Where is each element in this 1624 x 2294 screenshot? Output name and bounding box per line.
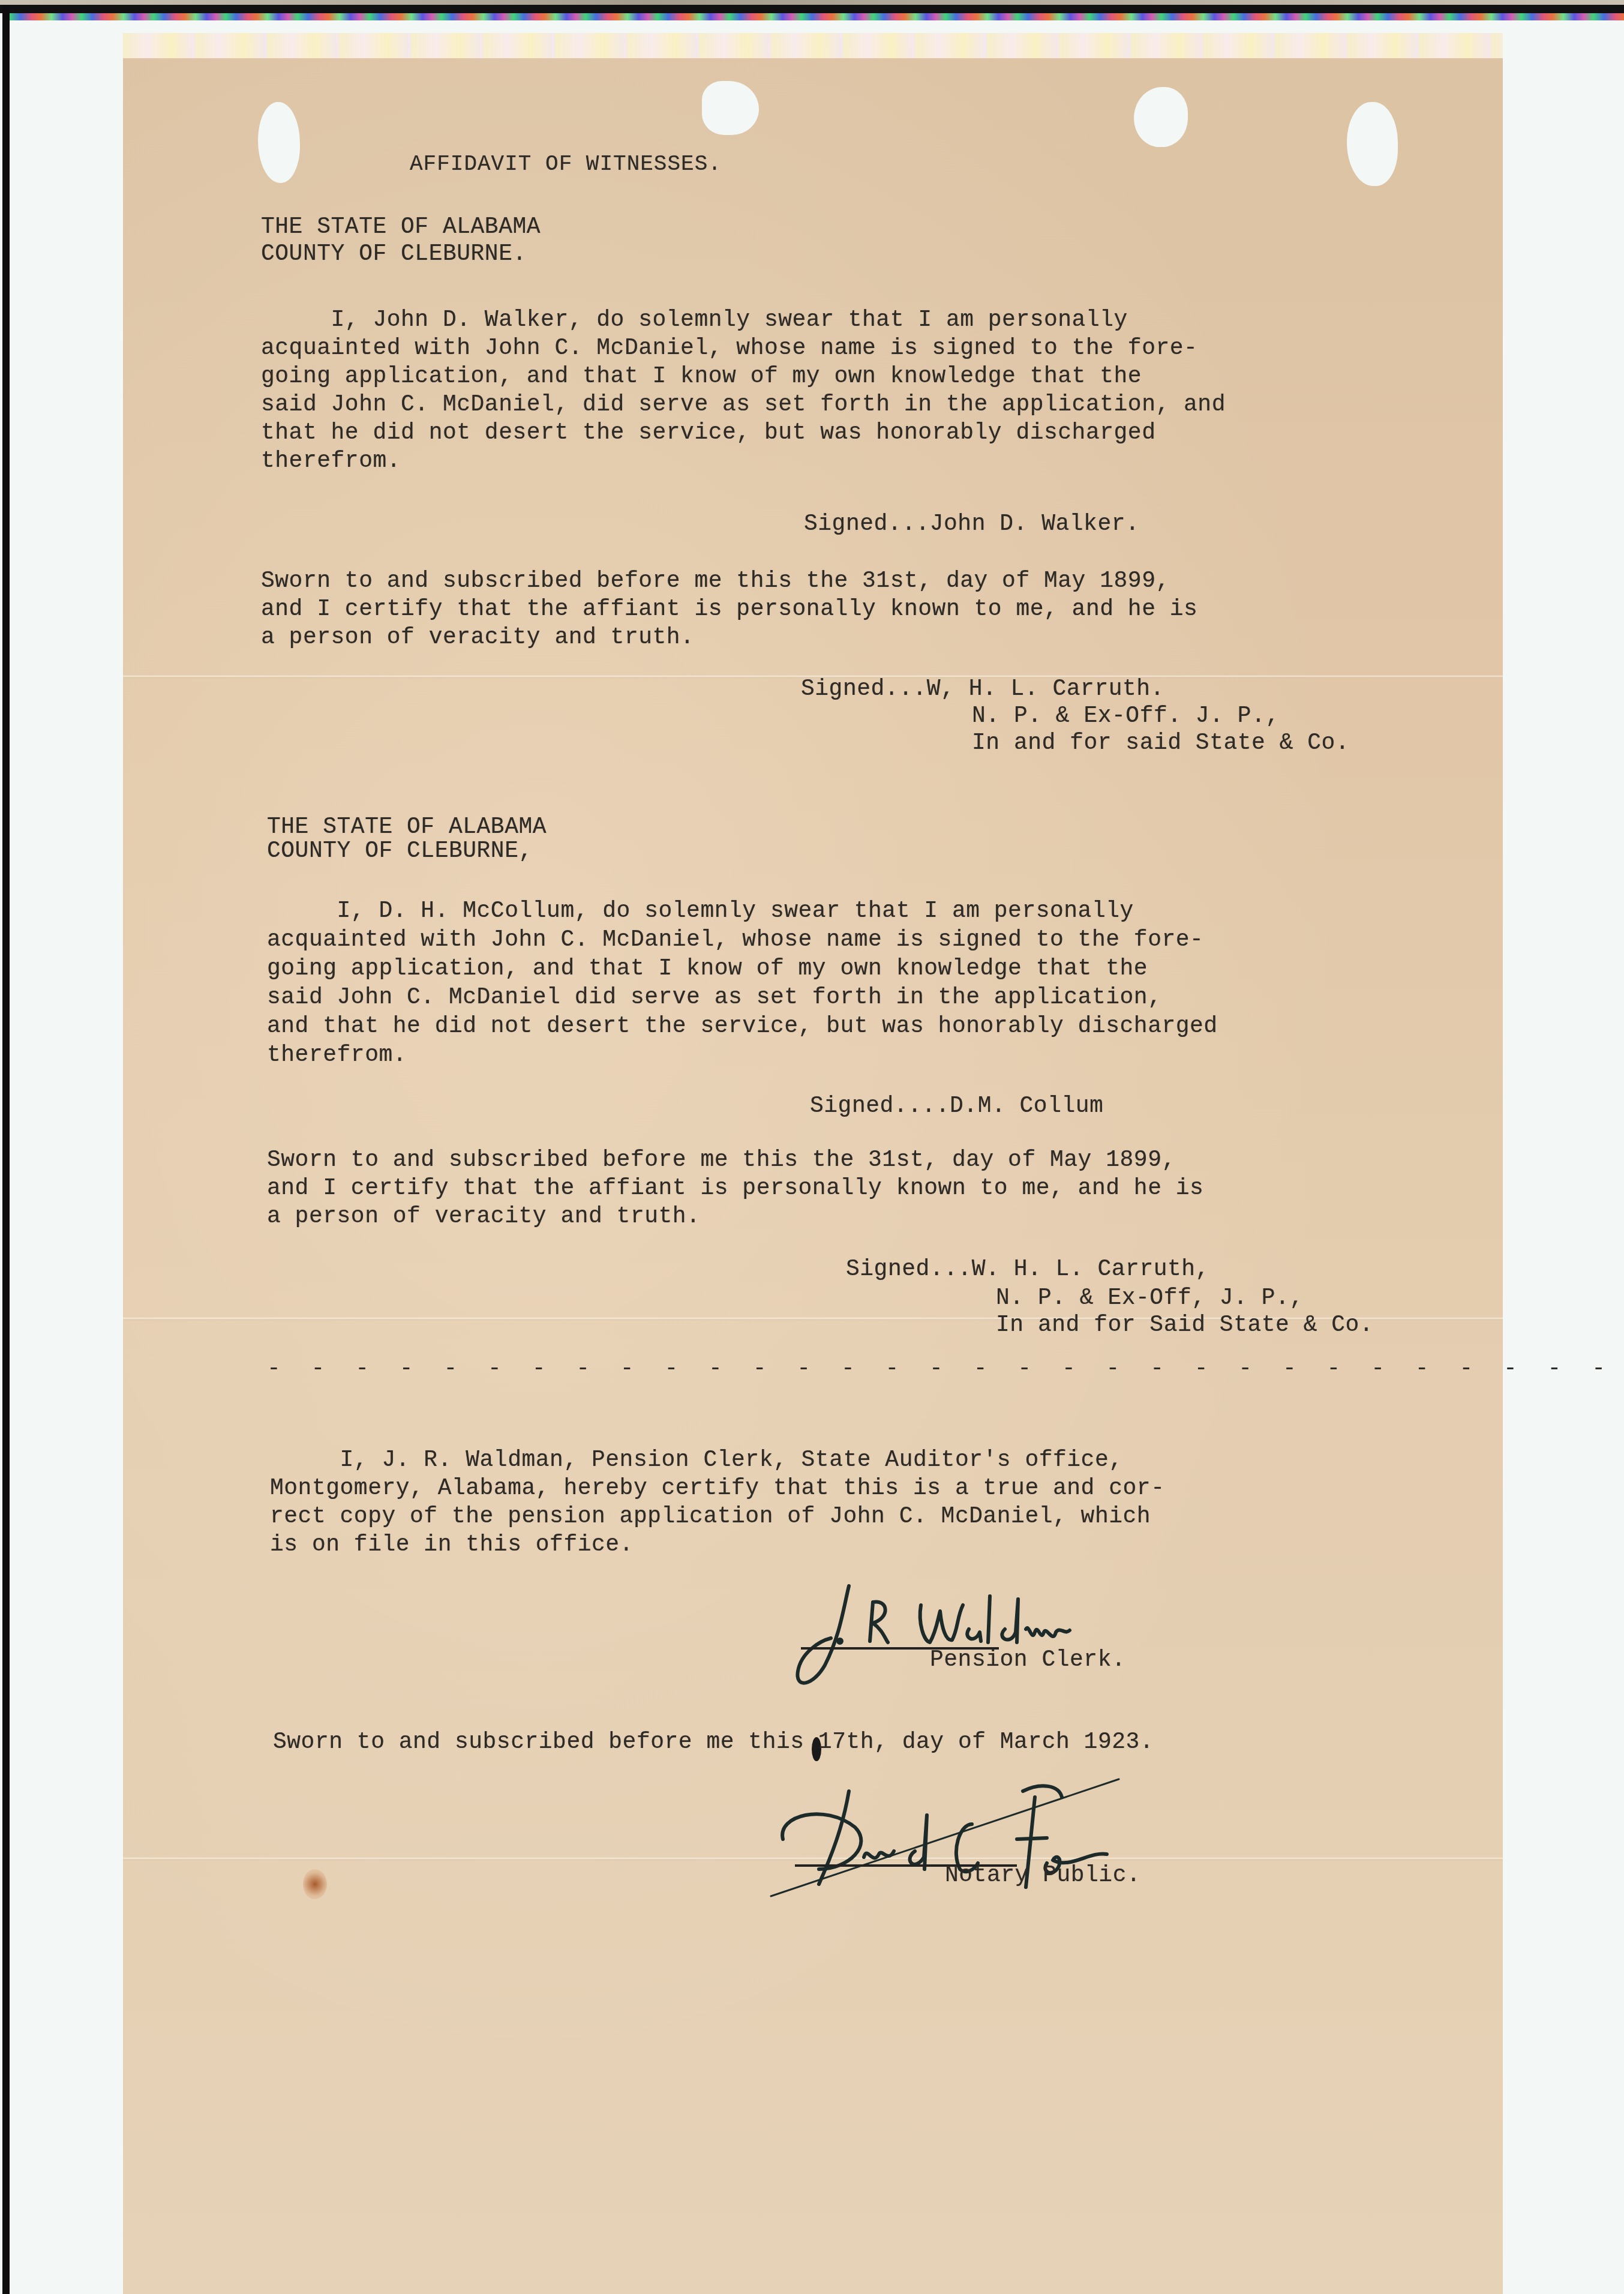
document-page: AFFIDAVIT OF WITNESSES. THE STATE OF ALA… xyxy=(123,33,1503,2294)
punch-hole xyxy=(1347,102,1398,186)
affidavit-1-officer-signature: Signed...W, H. L. Carruth. xyxy=(801,675,1164,703)
scan-tint-band xyxy=(123,33,1503,58)
jurat-line: and I certify that the affiant is person… xyxy=(261,595,1197,623)
body-line: acquainted with John C. McDaniel, whose … xyxy=(261,334,1197,362)
body-line: I, D. H. McCollum, do solemnly swear tha… xyxy=(267,897,1134,925)
jurat-line: a person of veracity and truth. xyxy=(261,623,694,652)
notary-title: Notary Public. xyxy=(945,1861,1140,1890)
rust-stain xyxy=(303,1869,327,1899)
scanner-top-edge xyxy=(0,0,1624,5)
affidavit-1-state: THE STATE OF ALABAMA xyxy=(261,213,541,241)
affidavit-2-officer-jurisdiction: In and for Said State & Co. xyxy=(996,1311,1373,1339)
body-line: therefrom. xyxy=(261,447,401,475)
notary-jurat: Sworn to and subscribed before me this 1… xyxy=(273,1728,1154,1756)
body-line: I, John D. Walker, do solemnly swear tha… xyxy=(261,306,1128,334)
punch-hole xyxy=(1134,87,1188,147)
svg-text:J. R. Waldman: J. R. Waldman xyxy=(1095,1575,1100,1576)
body-line: I, J. R. Waldman, Pension Clerk, State A… xyxy=(270,1446,1123,1474)
scanner-color-calibration-strip xyxy=(10,13,1624,20)
jurat-line: a person of veracity and truth. xyxy=(267,1203,700,1231)
body-line: that he did not desert the service, but … xyxy=(261,419,1155,447)
body-line: going application, and that I know of my… xyxy=(261,362,1142,391)
clerk-title: Pension Clerk. xyxy=(930,1646,1125,1674)
affidavit-1-officer-jurisdiction: In and for said State & Co. xyxy=(972,729,1349,757)
body-line: and that he did not desert the service, … xyxy=(267,1012,1218,1040)
affidavit-2-county: COUNTY OF CLEBURNE, xyxy=(267,837,533,865)
jurat-line: Sworn to and subscribed before me this t… xyxy=(261,567,1170,595)
affidavit-2-officer-signature: Signed...W. H. L. Carruth, xyxy=(846,1255,1209,1284)
affidavit-1-affiant-signature: Signed...John D. Walker. xyxy=(804,510,1139,538)
affidavit-2-affiant-signature: Signed....D.M. Collum xyxy=(810,1092,1103,1120)
section-separator: - - - - - - - - - - - - - - - - - - - - … xyxy=(267,1356,1624,1382)
affidavit-1-county: COUNTY OF CLEBURNE. xyxy=(261,240,527,268)
body-line: Montgomery, Alabama, hereby certify that… xyxy=(270,1474,1164,1503)
jurat-line: Sworn to and subscribed before me this t… xyxy=(267,1146,1176,1174)
punch-hole xyxy=(702,81,759,135)
body-line: therefrom. xyxy=(267,1041,407,1069)
scanner-black-border xyxy=(0,5,1624,13)
svg-text:David C. Fox: David C. Fox xyxy=(1119,1767,1124,1768)
jurat-line: and I certify that the affiant is person… xyxy=(267,1174,1203,1203)
clerk-handwritten-signature: J. R. Waldman xyxy=(783,1575,1119,1695)
scanner-left-border xyxy=(2,5,10,2294)
body-line: said John C. McDaniel did serve as set f… xyxy=(267,983,1161,1012)
body-line: going application, and that I know of my… xyxy=(267,955,1148,983)
body-line: said John C. McDaniel, did serve as set … xyxy=(261,391,1226,419)
punch-hole xyxy=(258,102,300,183)
body-line: is on file in this office. xyxy=(270,1531,634,1559)
document-title: AFFIDAVIT OF WITNESSES. xyxy=(410,150,722,178)
body-line: acquainted with John C. McDaniel, whose … xyxy=(267,926,1203,954)
body-line: rect copy of the pension application of … xyxy=(270,1503,1151,1531)
affidavit-2-officer-title: N. P. & Ex-Off, J. P., xyxy=(996,1284,1304,1312)
affidavit-1-officer-title: N. P. & Ex-Off. J. P., xyxy=(972,702,1280,730)
